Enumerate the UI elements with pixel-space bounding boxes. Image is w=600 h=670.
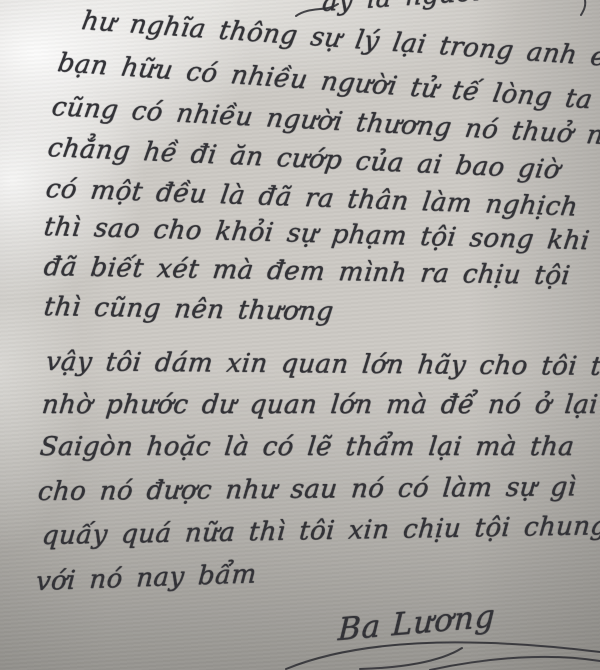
corner-tick-stroke (581, 0, 585, 15)
signature-flourish-lower (430, 657, 600, 670)
signature: Ba Lương (337, 598, 496, 648)
handwritten-line: cho nó được như sau nó có làm sự gì (37, 472, 578, 507)
letter-photo: ấy là người biết hư nghĩa thông sự lý lạ… (0, 0, 600, 670)
handwritten-line: với nó nay bẩm (35, 559, 258, 597)
signature-tail (360, 648, 462, 669)
handwritten-line: vậy tôi dám xin quan lớn hãy cho tôi tựa (44, 347, 600, 382)
handwritten-line: quấy quá nữa thì tôi xin chịu tội chung (41, 511, 600, 551)
handwritten-line: thì cũng nên thương (42, 292, 335, 327)
handwritten-line: ấy là người biết (321, 0, 548, 18)
handwritten-line: Saigòn hoặc là có lẽ thẩm lại mà tha (38, 432, 575, 462)
signature-flourish (286, 642, 600, 669)
handwritten-line: nhờ phước dư quan lớn mà để nó ở lại (40, 390, 599, 420)
handwritten-line: đã biết xét mà đem mình ra chịu tội (42, 252, 572, 291)
